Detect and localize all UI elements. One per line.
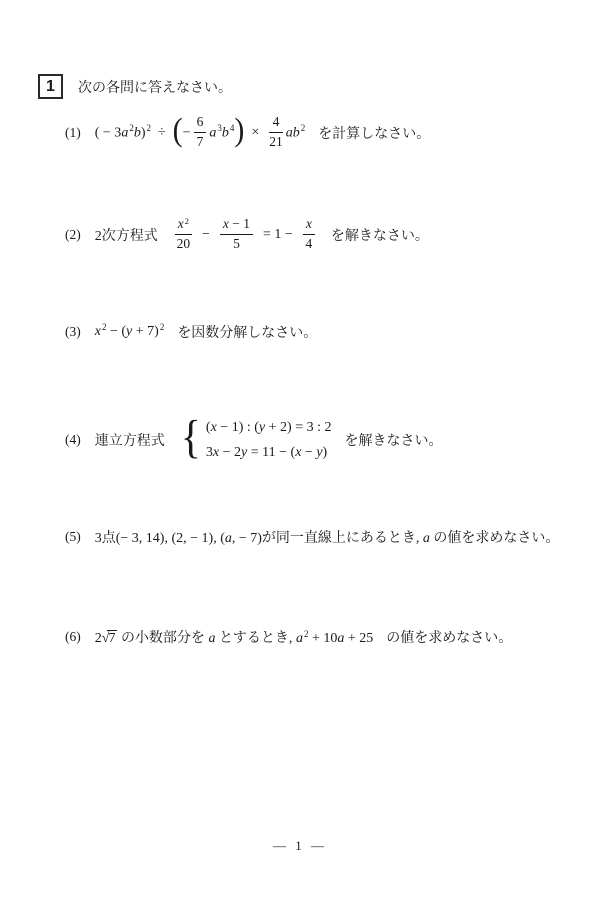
problem-2-lead: 2次方程式 bbox=[95, 225, 158, 245]
section-number: 1 bbox=[46, 78, 55, 96]
problem-1-instruction: を計算しなさい。 bbox=[318, 123, 430, 143]
problem-1: (1) ( − 3a2b)2÷(−67a3b4)×421ab2 を計算しなさい。 bbox=[65, 108, 430, 158]
equals-part: = 1 − bbox=[263, 227, 293, 242]
section-number-box: 1 bbox=[38, 74, 63, 99]
problem-6: (6) 2√7 の小数部分を a とするとき, a2 + 10a + 25 の値… bbox=[65, 625, 512, 649]
problem-5: (5) 3点(− 3, 14), (2, − 1), (a, − 7)が同一直線… bbox=[65, 527, 559, 547]
superscript: 2 bbox=[304, 629, 309, 639]
fraction: 421 bbox=[269, 114, 283, 151]
fraction: x220 bbox=[175, 216, 192, 253]
minus-operator: − bbox=[202, 227, 210, 242]
big-right-paren: ) bbox=[234, 115, 244, 147]
problem-3-label: (3) bbox=[65, 324, 81, 340]
problem-1-label: (1) bbox=[65, 125, 81, 141]
section-header: 1 次の各問に答えなさい。 bbox=[38, 74, 232, 99]
problem-2: (2) 2次方程式 x220−x − 15= 1 −x4 を解きなさい。 bbox=[65, 210, 429, 260]
problem-3: (3) x2 − (y + 7)2 を因数分解しなさい。 bbox=[65, 322, 317, 342]
problem-3-instruction: を因数分解しなさい。 bbox=[177, 322, 317, 342]
problem-2-instruction: を解きなさい。 bbox=[331, 225, 429, 245]
problem-4-lead: 連立方程式 bbox=[95, 430, 165, 450]
superscript: 3 bbox=[217, 123, 222, 133]
radicand: 7 bbox=[107, 630, 117, 646]
superscript: 2 bbox=[146, 123, 151, 133]
superscript: 2 bbox=[102, 322, 107, 332]
problem-1-expression: ( − 3a2b)2÷(−67a3b4)×421ab2 bbox=[95, 115, 305, 152]
big-left-paren: ( bbox=[173, 115, 183, 147]
equation-line-2: 3x − 2y = 11 − (x − y) bbox=[206, 440, 332, 465]
problem-2-label: (2) bbox=[65, 227, 81, 243]
problem-6-instruction: の値を求めなさい。 bbox=[386, 627, 512, 647]
problem-4: (4) 連立方程式 { (x − 1) : (y + 2) = 3 : 2 3x… bbox=[65, 413, 442, 467]
problem-6-label: (6) bbox=[65, 629, 81, 645]
divide-operator: ÷ bbox=[158, 125, 166, 140]
section-title: 次の各問に答えなさい。 bbox=[78, 77, 232, 97]
superscript: 2 bbox=[301, 123, 306, 133]
problem-5-expression: 3点(− 3, 14), (2, − 1), (a, − 7)が同一直線上にある… bbox=[95, 527, 560, 547]
fraction: x − 15 bbox=[220, 216, 253, 253]
superscript: 2 bbox=[185, 216, 189, 226]
fraction: 67 bbox=[194, 114, 207, 151]
problem-3-expression: x2 − (y + 7)2 bbox=[95, 324, 165, 340]
fraction: x4 bbox=[303, 216, 315, 253]
equation-system: (x − 1) : (y + 2) = 3 : 2 3x − 2y = 11 −… bbox=[206, 415, 332, 465]
system-brace: { bbox=[181, 414, 201, 461]
superscript: 2 bbox=[129, 123, 134, 133]
times-operator: × bbox=[251, 125, 259, 140]
equation-line-1: (x − 1) : (y + 2) = 3 : 2 bbox=[206, 415, 332, 440]
problem-4-instruction: を解きなさい。 bbox=[344, 430, 442, 450]
problem-2-expression: x220−x − 15= 1 −x4 bbox=[172, 217, 318, 254]
exam-page: 1 次の各問に答えなさい。 (1) ( − 3a2b)2÷(−67a3b4)×4… bbox=[0, 0, 600, 900]
problem-5-label: (5) bbox=[65, 529, 81, 545]
problem-4-label: (4) bbox=[65, 432, 81, 448]
problem-6-expression: 2√7 の小数部分を a とするとき, a2 + 10a + 25 bbox=[95, 627, 374, 647]
page-number: — 1 — bbox=[0, 838, 600, 854]
superscript: 2 bbox=[160, 322, 165, 332]
